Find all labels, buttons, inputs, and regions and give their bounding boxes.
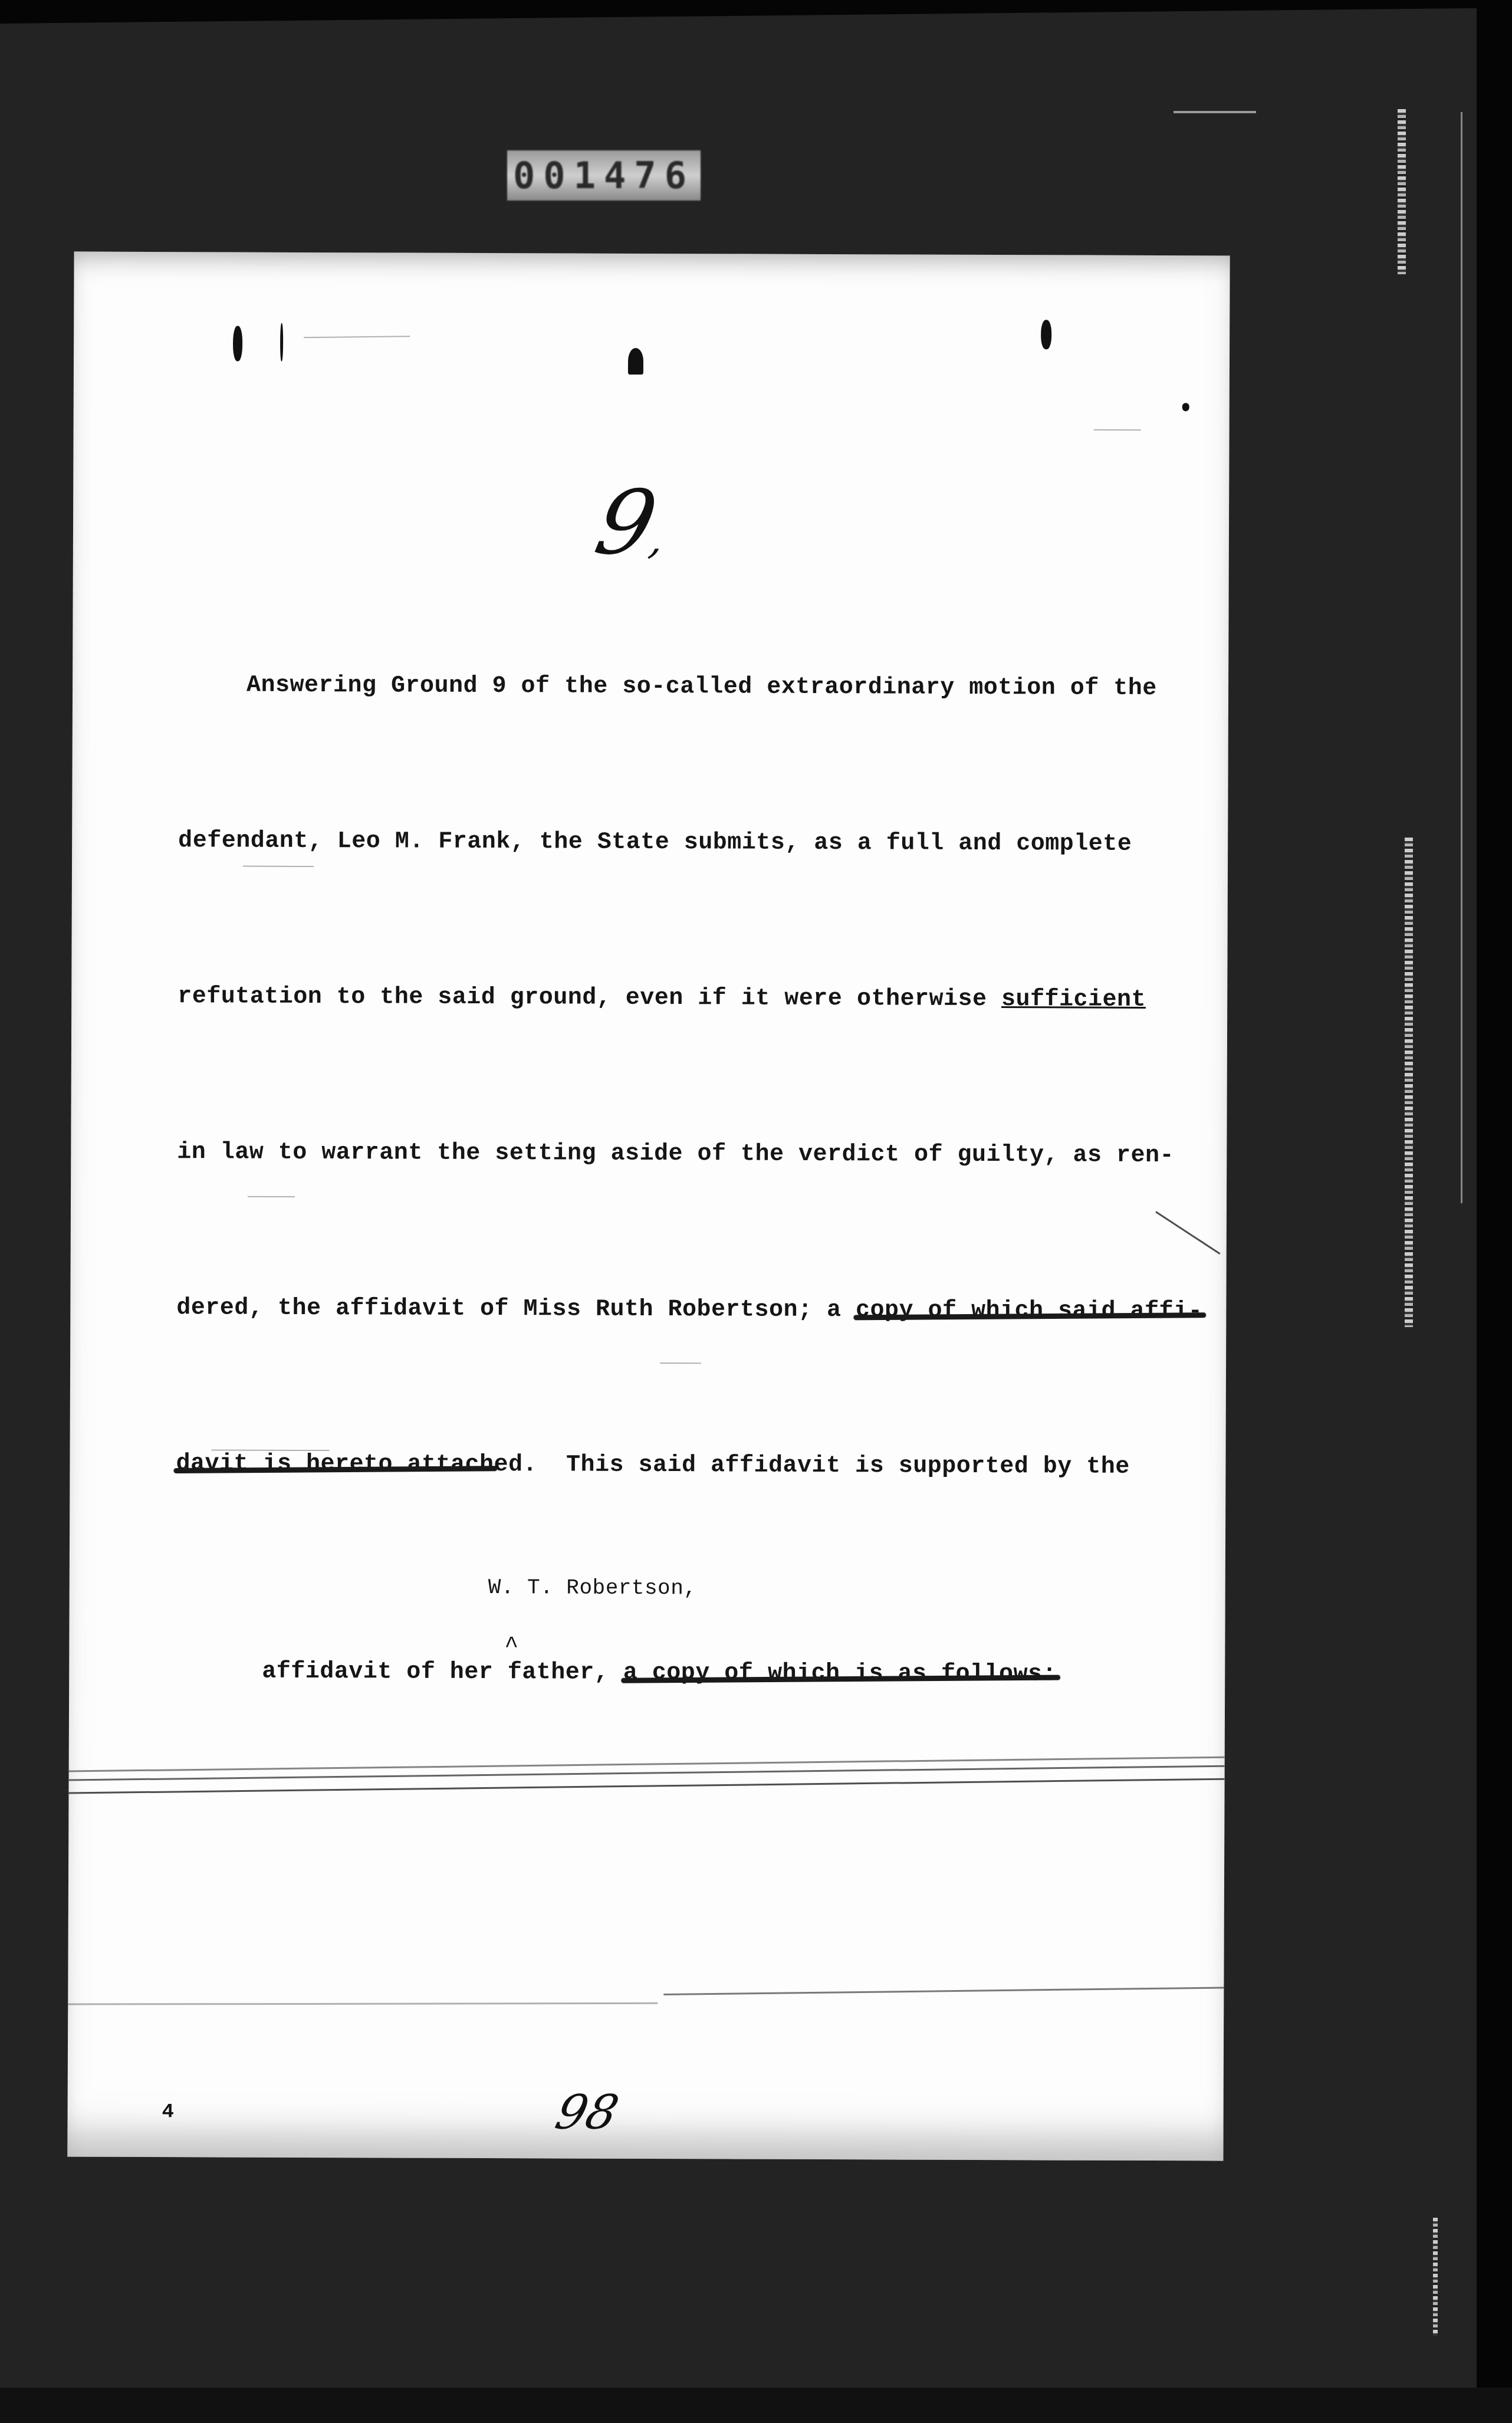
microfilm-frame-number: 001476 bbox=[507, 150, 701, 201]
insertion-caret: ^ bbox=[504, 1621, 519, 1673]
text-segment: dered, the affidavit of Miss Ruth Robert… bbox=[176, 1295, 856, 1324]
scan-rule bbox=[663, 1987, 1224, 1995]
struck-through-text: davit is hereto attach bbox=[176, 1450, 494, 1478]
punch-hole-mark bbox=[280, 323, 283, 362]
document-body: Answering Ground 9 of the so-called extr… bbox=[175, 556, 1241, 1753]
struck-through-text: copy of which said affi- bbox=[856, 1297, 1202, 1325]
text-line: refutation to the said ground, even if i… bbox=[178, 971, 1239, 1026]
handwritten-page-number: 98 bbox=[550, 2085, 624, 2140]
struck-through-text: a copy of which is as follows: bbox=[623, 1660, 1057, 1688]
film-edge-right bbox=[1477, 0, 1512, 2423]
footer-page-number: 4 bbox=[162, 2101, 175, 2123]
text-line: davit is hereto attached. This said affi… bbox=[176, 1438, 1237, 1493]
text-line: Answering Ground 9 of the so-called extr… bbox=[179, 659, 1240, 715]
underlined-word: sufficient bbox=[1001, 986, 1146, 1013]
film-edge-top bbox=[0, 0, 1512, 24]
scan-streak bbox=[1094, 429, 1141, 431]
interlinear-insertion: W. T. Robertson, bbox=[488, 1562, 697, 1614]
text-line: dered, the affidavit of Miss Ruth Robert… bbox=[176, 1282, 1238, 1338]
film-sprocket-strip bbox=[1433, 2218, 1438, 2336]
text-segment: ed. This said affidavit is supported by … bbox=[494, 1452, 1129, 1480]
scan-rule bbox=[69, 1756, 1225, 1772]
film-edge-bottom bbox=[0, 2388, 1512, 2423]
scan-rule bbox=[69, 1765, 1225, 1781]
punch-hole-mark bbox=[1041, 320, 1051, 349]
film-sprocket-strip bbox=[1398, 109, 1406, 274]
scan-streak bbox=[304, 336, 410, 338]
film-edge-mark bbox=[1174, 111, 1256, 113]
text-line: defendant, Leo M. Frank, the State submi… bbox=[178, 815, 1240, 871]
document-page: 9, Answering Ground 9 of the so-called e… bbox=[67, 252, 1230, 2161]
scan-rule bbox=[69, 1778, 1225, 1794]
text-segment: refutation to the said ground, even if i… bbox=[178, 983, 1001, 1013]
punch-hole-mark bbox=[233, 326, 242, 362]
text-segment: affidavit of her father, bbox=[262, 1659, 609, 1686]
film-edge-line bbox=[1461, 112, 1462, 1203]
film-sprocket-strip bbox=[1405, 838, 1413, 1327]
text-line: W. T. Robertson,affidavit of her father,… bbox=[175, 1594, 1237, 1649]
scan-rule bbox=[68, 2002, 658, 2005]
scan-speck bbox=[1182, 403, 1189, 411]
punch-hole-mark bbox=[628, 348, 643, 375]
text-line: in law to warrant the setting aside of t… bbox=[177, 1127, 1238, 1182]
